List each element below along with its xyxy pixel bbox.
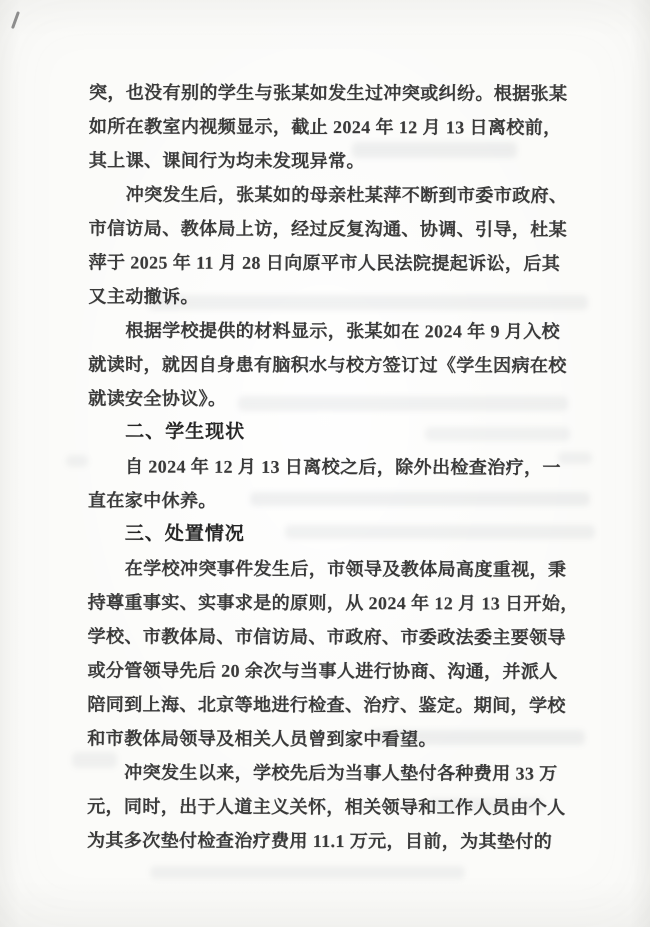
section-heading: 二、学生现状	[88, 415, 566, 450]
document-line: 萍于 2025 年 11 月 28 日向原平市人民法院提起诉讼，后其	[88, 245, 566, 280]
document-line: 根据学校提供的材料显示，张某如在 2024 年 9 月入校	[88, 313, 566, 348]
document-line: 其上课、课间行为均未发现异常。	[89, 143, 567, 178]
document-line: 陪同到上海、北京等地进行检查、治疗、鉴定。期间，学校	[87, 687, 565, 722]
document-line: 又主动撤诉。	[88, 279, 566, 314]
bleedthrough-artifact	[150, 866, 465, 879]
document-line: 元，同时，出于人道主义关怀，相关领导和工作人员由个人	[87, 789, 565, 824]
document-line: 和市教体局领导及相关人员曾到家中看望。	[87, 721, 565, 756]
document-text-block: 突，也没有别的学生与张某如发生过冲突或纠纷。根据张某如所在教室内视频显示，截止 …	[87, 75, 567, 858]
scanned-document-page: 突，也没有别的学生与张某如发生过冲突或纠纷。根据张某如所在教室内视频显示，截止 …	[0, 0, 650, 927]
document-line: 或分管领导先后 20 余次与当事人进行协商、沟通，并派人	[87, 653, 565, 688]
document-line: 突，也没有别的学生与张某如发生过冲突或纠纷。根据张某	[89, 75, 567, 110]
document-line: 如所在教室内视频显示，截止 2024 年 12 月 13 日离校前，	[89, 109, 567, 144]
section-heading: 三、处置情况	[88, 517, 566, 552]
document-line: 冲突发生以来，学校先后为当事人垫付各种费用 33 万	[87, 755, 565, 790]
document-line: 在学校冲突事件发生后，市领导及教体局高度重视，秉	[88, 551, 566, 586]
document-line: 就读安全协议》。	[88, 381, 566, 416]
bleedthrough-artifact	[66, 455, 88, 467]
document-line: 冲突发生后，张某如的母亲杜某萍不断到市委市政府、	[89, 177, 567, 212]
document-line: 自 2024 年 12 月 13 日离校之后，除外出检查治疗，一	[88, 449, 566, 484]
document-line: 持尊重事实、实事求是的原则，从 2024 年 12 月 13 日开始，	[88, 585, 566, 620]
document-line: 直在家中休养。	[88, 483, 566, 518]
document-line: 就读时，就因自身患有脑积水与校方签订过《学生因病在校	[88, 347, 566, 382]
corner-pen-mark	[11, 11, 20, 29]
document-line: 市信访局、教体局上访，经过反复沟通、协调、引导，杜某	[89, 211, 567, 246]
document-line: 学校、市教体局、市信访局、市政府、市委政法委主要领导	[88, 619, 566, 654]
document-line: 为其多次垫付检查治疗费用 11.1 万元，目前，为其垫付的	[87, 823, 565, 858]
